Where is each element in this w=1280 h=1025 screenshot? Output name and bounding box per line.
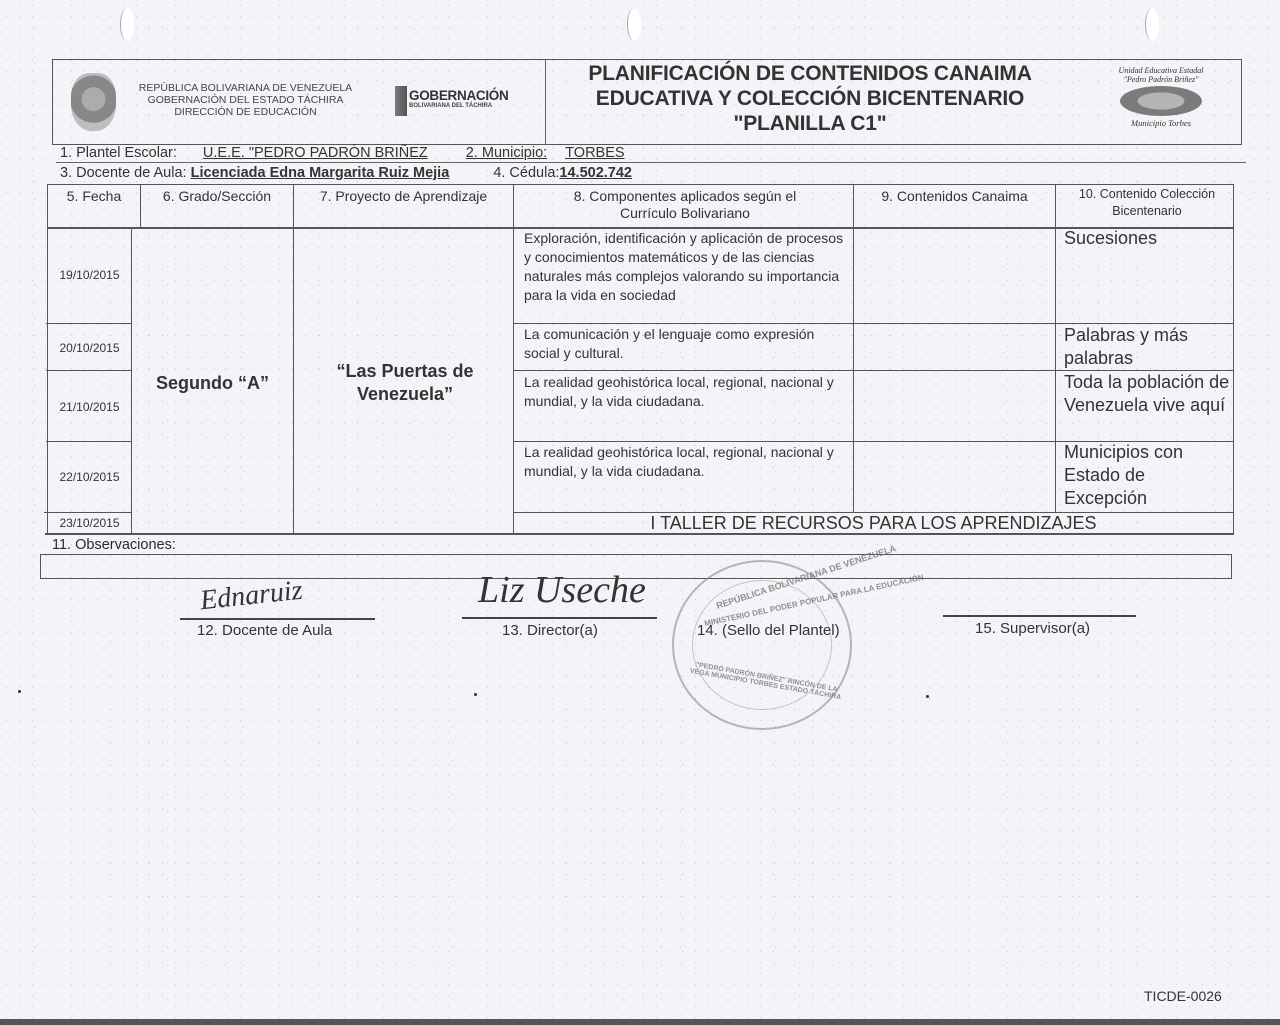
school-stamp: REPÚBLICA BOLIVARIANA DE VENEZUELA MINIS… (672, 560, 852, 730)
scanner-edge (0, 1019, 1280, 1025)
municipio-label: 2. Municipio: (466, 145, 547, 161)
header-grado: 6. Grado/Sección (141, 188, 293, 205)
supervisor-label: 15. Supervisor(a) (975, 620, 1090, 637)
document-header: REPÚBLICA BOLIVARIANA DE VENEZUELA GOBER… (52, 59, 1242, 145)
plantel-line: 1. Plantel Escolar: U.E.E. "PEDRO PADRÓN… (60, 145, 625, 161)
bicentenario-cell: Sucesiones (1064, 227, 1230, 250)
punch-hole (627, 8, 641, 41)
sello-label: 14. (Sello del Plantel) (697, 622, 840, 639)
document-title: PLANIFICACIÓN DE CONTENIDOS CANAIMA EDUC… (545, 61, 1075, 136)
school-logo: Unidad Educativa Estadal "Pedro Padrón B… (1081, 66, 1241, 140)
punch-hole (120, 8, 134, 41)
signature-line (180, 618, 375, 620)
docente-value: Licenciada Edna Margarita Ruiz Mejia (191, 165, 450, 181)
gobernacion-logo: GOBERNACIÓN BOLIVARIANA DEL TÁCHIRA (395, 86, 508, 116)
plantel-label: 1. Plantel Escolar: (60, 145, 177, 161)
municipio-value: TORBES (565, 145, 624, 161)
docente-line: 3. Docente de Aula: Licenciada Edna Marg… (60, 165, 632, 181)
plantel-value: U.E.E. "PEDRO PADRÓN BRIÑEZ (203, 145, 428, 161)
header-proyecto: 7. Proyecto de Aprendizaje (294, 188, 513, 205)
cedula-value: 14.502.742 (559, 165, 632, 181)
observaciones-label: 11. Observaciones: (52, 537, 176, 553)
date-cell: 23/10/2015 (48, 516, 131, 530)
componente-cell: Exploración, identificación y aplicación… (524, 229, 849, 305)
header-bicentenario: 10. Contenido Colección Bicentenario (1062, 186, 1232, 220)
government-heading: REPÚBLICA BOLIVARIANA DE VENEZUELA GOBER… (123, 82, 368, 118)
globe-icon (1120, 86, 1202, 116)
date-cell: 20/10/2015 (48, 341, 131, 355)
bicentenario-cell: Toda la población de Venezuela vive aquí (1064, 371, 1230, 417)
date-cell: 19/10/2015 (48, 268, 131, 282)
header-fecha: 5. Fecha (48, 188, 140, 205)
divider (56, 162, 1246, 163)
director-signature-label: 13. Director(a) (502, 622, 598, 639)
header-canaima: 9. Contenidos Canaima (854, 188, 1055, 205)
bicentenario-cell: Municipios con Estado de Excepción (1064, 441, 1230, 510)
taller-cell: I TALLER DE RECURSOS PARA LOS APRENDIZAJ… (514, 513, 1233, 534)
proyecto-cell: “Las Puertas de Venezuela” (320, 360, 490, 406)
date-cell: 21/10/2015 (48, 400, 131, 414)
componente-cell: La comunicación y el lenguaje como expre… (524, 325, 849, 363)
director-signature: Liz Useche (478, 568, 646, 612)
componente-cell: La realidad geohistórica local, regional… (524, 373, 849, 411)
docente-signature-label: 12. Docente de Aula (197, 622, 332, 639)
docente-label: 3. Docente de Aula: (60, 165, 187, 181)
signature-line (943, 615, 1136, 617)
date-cell: 22/10/2015 (48, 470, 131, 484)
grado-cell: Segundo “A” (132, 372, 293, 395)
signature-line (462, 617, 657, 619)
componente-cell: La realidad geohistórica local, regional… (524, 443, 849, 481)
punch-hole (1145, 8, 1159, 41)
gobernacion-logo-icon (395, 86, 407, 116)
document-code: TICDE-0026 (1144, 988, 1222, 1004)
docente-signature: Ednaruiz (199, 575, 304, 618)
bicentenario-cell: Palabras y más palabras (1064, 324, 1230, 370)
cedula-label: 4. Cédula: (493, 165, 559, 181)
header-componentes: 8. Componentes aplicados según el Curríc… (550, 188, 820, 222)
coat-of-arms-icon (71, 73, 116, 131)
